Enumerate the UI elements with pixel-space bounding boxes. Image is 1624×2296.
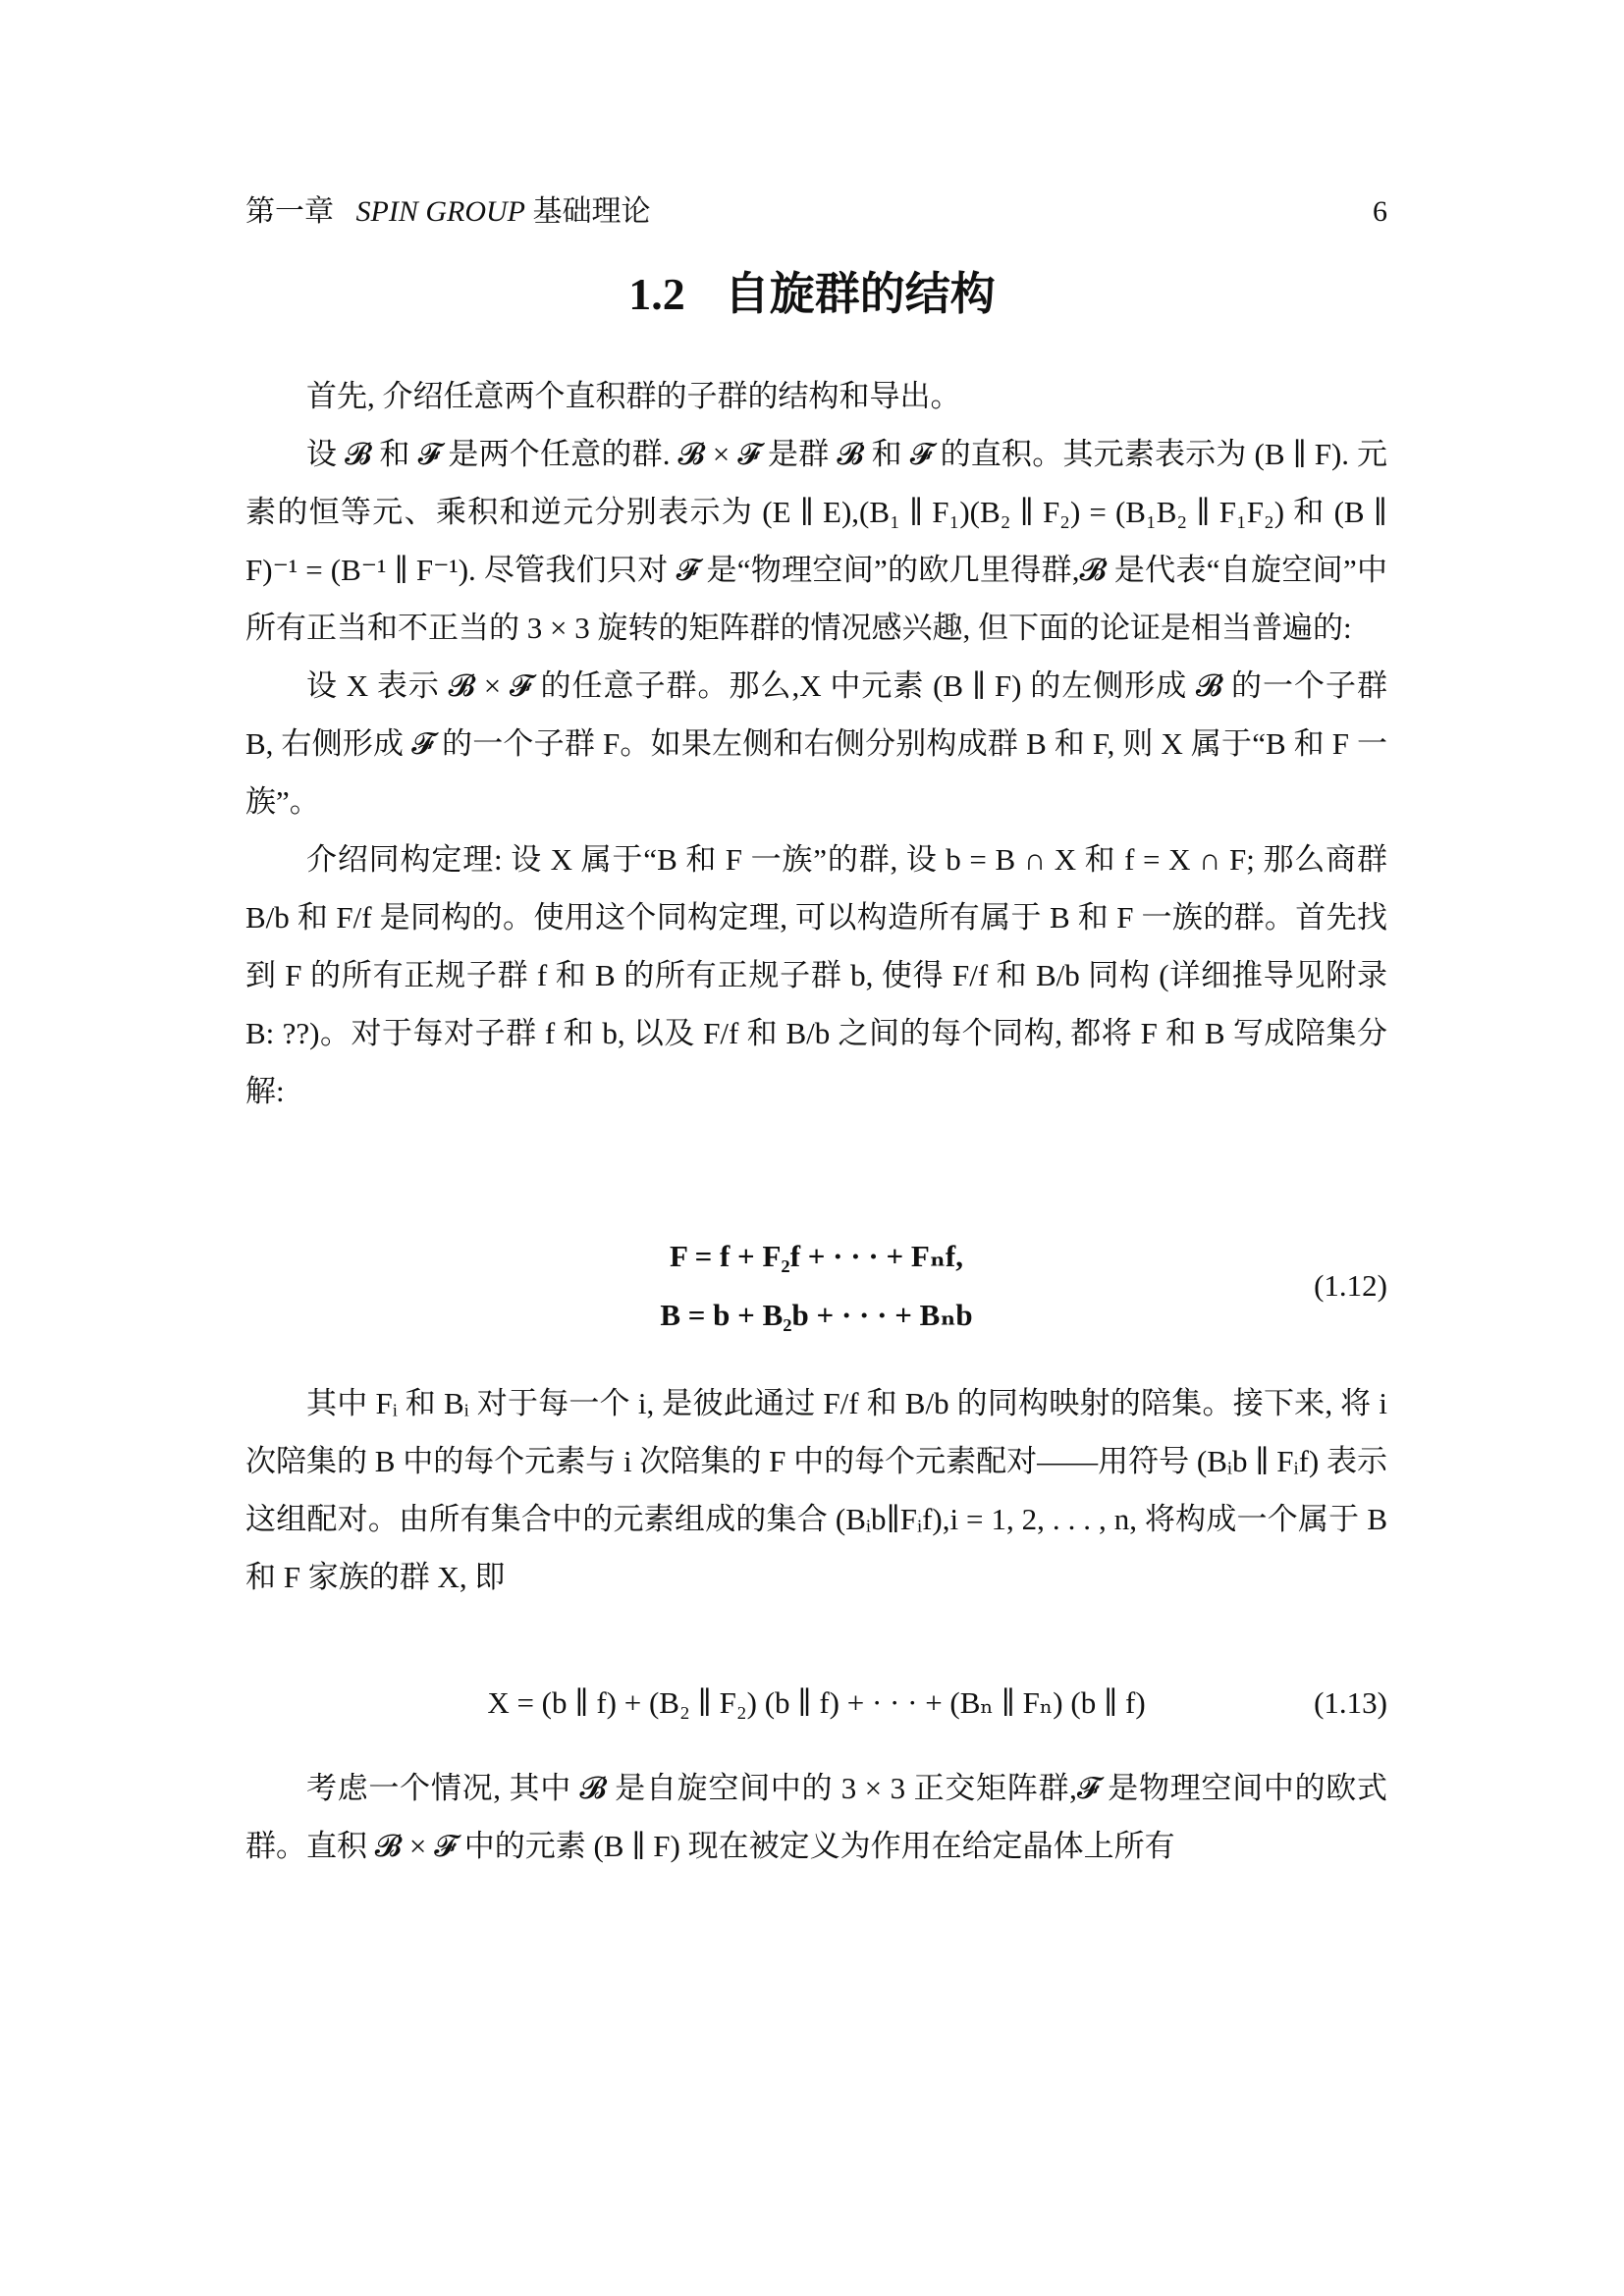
equation-line-X: X = (b ∥ f) + (B₂ ∥ F₂) (b ∥ f) + · · · …	[245, 1674, 1387, 1733]
chapter-prefix: 第一章	[245, 195, 334, 228]
body-text-bottom: 考虑一个情况, 其中 𝓑 是自旋空间中的 3 × 3 正交矩阵群,𝓕 是物理空间…	[245, 1759, 1387, 1875]
chapter-name-cn: 基础理论	[532, 195, 650, 228]
section-heading: 1.2自旋群的结构	[0, 265, 1624, 324]
paragraph-4: 介绍同构定理: 设 X 属于“B 和 F 一族”的群, 设 b = B ∩ X …	[245, 830, 1387, 1120]
document-page: 第一章 SPIN GROUP 基础理论 6 1.2自旋群的结构 首先, 介绍任意…	[0, 0, 1624, 2296]
equation-number: (1.13)	[1314, 1674, 1387, 1733]
paragraph-2: 设 𝓑 和 𝓕 是两个任意的群. 𝓑 × 𝓕 是群 𝓑 和 𝓕 的直积。其元素表…	[245, 425, 1387, 657]
equation-number: (1.12)	[1314, 1256, 1387, 1315]
section-number: 1.2	[628, 269, 685, 319]
running-header: 第一章 SPIN GROUP 基础理论 6	[245, 192, 1387, 232]
page-number: 6	[1373, 192, 1387, 232]
section-title: 自旋群的结构	[725, 269, 996, 319]
paragraph-6: 考虑一个情况, 其中 𝓑 是自旋空间中的 3 × 3 正交矩阵群,𝓕 是物理空间…	[245, 1759, 1387, 1875]
paragraph-5: 其中 Fᵢ 和 Bᵢ 对于每一个 i, 是彼此通过 F/f 和 B/b 的同构映…	[245, 1374, 1387, 1606]
equation-1-12: F = f + F₂f + · · · + Fₙf, B = b + B₂b +…	[245, 1227, 1387, 1345]
equation-line-B: B = b + B₂b + · · · + Bₙb	[245, 1286, 1387, 1345]
paragraph-1: 首先, 介绍任意两个直积群的子群的结构和导出。	[245, 367, 1387, 425]
equation-1-13: X = (b ∥ f) + (B₂ ∥ F₂) (b ∥ f) + · · · …	[245, 1674, 1387, 1733]
chapter-title: 第一章 SPIN GROUP 基础理论	[245, 192, 650, 232]
equation-line-F: F = f + F₂f + · · · + Fₙf,	[245, 1227, 1387, 1286]
chapter-name-latin: SPIN GROUP	[356, 195, 525, 228]
body-text-middle: 其中 Fᵢ 和 Bᵢ 对于每一个 i, 是彼此通过 F/f 和 B/b 的同构映…	[245, 1374, 1387, 1606]
paragraph-3: 设 X 表示 𝓑 × 𝓕 的任意子群。那么,X 中元素 (B ∥ F) 的左侧形…	[245, 657, 1387, 830]
body-text-top: 首先, 介绍任意两个直积群的子群的结构和导出。 设 𝓑 和 𝓕 是两个任意的群.…	[245, 367, 1387, 1120]
